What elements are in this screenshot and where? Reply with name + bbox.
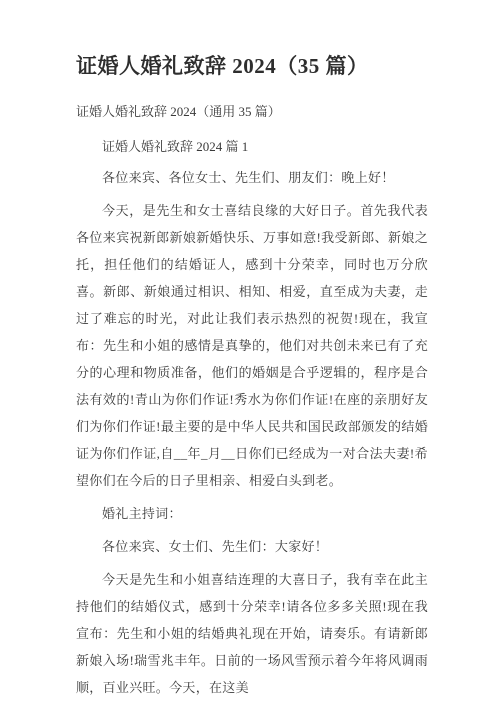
section-heading: 证婚人婚礼致辞 2024 篇 1 (76, 133, 428, 160)
paragraph: 各位来宾、女士们、先生们：大家好！ (76, 533, 428, 560)
paragraph: 今天是先生和小姐喜结连理的大喜日子，我有幸在此主持他们的结婚仪式，感到十分荣幸!… (76, 566, 428, 701)
document-page: 证婚人婚礼致辞 2024（35 篇） 证婚人婚礼致辞 2024（通用 35 篇）… (0, 0, 500, 707)
paragraph: 婚礼主持词： (76, 500, 428, 527)
document-title: 证婚人婚礼致辞 2024（35 篇） (76, 50, 428, 82)
paragraph: 今天，是先生和女士喜结良缘的大好日子。首先我代表各位来宾祝新郎新娘新婚快乐、万事… (76, 197, 428, 494)
document-subtitle: 证婚人婚礼致辞 2024（通用 35 篇） (76, 98, 428, 125)
paragraph: 各位来宾、各位女士、先生们、朋友们：晚上好！ (76, 164, 428, 191)
document-body: 各位来宾、各位女士、先生们、朋友们：晚上好！今天，是先生和女士喜结良缘的大好日子… (76, 164, 428, 701)
